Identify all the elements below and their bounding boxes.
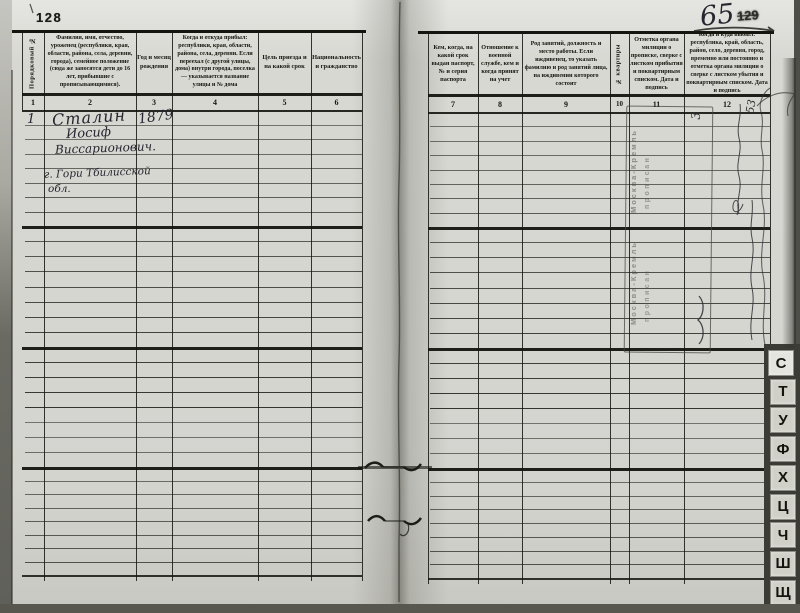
- column-line: [610, 33, 611, 584]
- row-line: [430, 378, 770, 379]
- column-header-occupation: Род занятий, должность и место работы. Е…: [522, 36, 610, 92]
- column-number: 3: [136, 96, 172, 108]
- column-line: [44, 32, 45, 581]
- row-line: [430, 537, 770, 538]
- kremlin-stamp-registered-line: прописан: [644, 227, 651, 322]
- entry-row-number: 1: [27, 112, 35, 127]
- block-divider: [428, 468, 770, 471]
- column-line: [362, 32, 363, 581]
- kremlin-stamp-registered-line: прописан: [644, 119, 651, 209]
- book-bottom-edge: [0, 604, 800, 613]
- index-tab-Ц: Ц: [770, 494, 796, 520]
- column-number: 8: [478, 98, 522, 110]
- row-line: [430, 363, 770, 364]
- column-header-militia-registration-mark: Отметка органа милиции о прописке, сверк…: [629, 36, 684, 92]
- column-number: 1: [22, 96, 44, 108]
- row-line: [430, 257, 770, 258]
- right-page-number-handwritten: 65: [698, 0, 735, 33]
- block-divider: [428, 227, 770, 230]
- row-line: [430, 288, 770, 289]
- column-header-passport: Кем, когда, на какой срок выдан паспорт,…: [428, 36, 478, 92]
- page-stack-edge: [782, 58, 796, 348]
- margin-note-number: 3: [689, 112, 703, 120]
- row-line: [430, 272, 770, 273]
- index-tab-Ф: Ф: [770, 436, 796, 462]
- scanned-register-spread: 128 65 129 Порядковый № Фамилия, имя, от…: [0, 0, 800, 613]
- row-line: [430, 242, 770, 243]
- column-header-purpose: Цель приезда и на какой срок: [258, 34, 311, 91]
- entry-birthplace-line2: обл.: [48, 183, 71, 195]
- row-line: [430, 155, 770, 156]
- column-header-birth-date: Год и месяц рождения: [136, 34, 172, 91]
- row-line: [430, 303, 770, 304]
- index-tab-Ш: Ш: [770, 551, 796, 577]
- row-line: [430, 393, 770, 394]
- kremlin-stamp-city-line: Москва-Кремль: [629, 113, 638, 213]
- column-line: [478, 33, 479, 584]
- row-line: [430, 170, 770, 171]
- right-page-number-stamp-struck: 129: [737, 7, 760, 23]
- left-page-number-stamp: 128: [36, 10, 62, 25]
- block-divider: [428, 348, 770, 351]
- column-header-military-service: Отношение к военной службе, кем и когда …: [478, 36, 522, 92]
- column-header-serial-number: Порядковый №: [22, 34, 44, 91]
- column-header-arrival: Когда и откуда прибыл: республики, края,…: [172, 34, 258, 91]
- number-row-border: [428, 112, 770, 114]
- table-top-border: [12, 30, 366, 33]
- column-line: [522, 33, 523, 584]
- row-line: [430, 496, 770, 497]
- index-tab-Щ: Щ: [770, 580, 796, 606]
- column-number: 4: [172, 96, 258, 108]
- row-line: [430, 213, 770, 214]
- index-tab-Ч: Ч: [770, 522, 796, 548]
- column-line: [258, 32, 259, 581]
- column-header-name: Фамилия, имя, отчество, уроженец (респуб…: [45, 34, 135, 91]
- column-header-nationality: Национальность и гражданство: [311, 34, 362, 91]
- row-line: [430, 564, 770, 565]
- row-line: [430, 453, 770, 454]
- row-line: [430, 141, 770, 142]
- column-header-departure: Когда и куда выбыл: республика, край, об…: [684, 36, 770, 92]
- row-line: [430, 318, 770, 319]
- row-line: [430, 126, 770, 127]
- row-line: [430, 184, 770, 185]
- column-number: 5: [258, 96, 311, 108]
- table-bottom-border: [428, 578, 770, 580]
- block-divider-gutter: [358, 466, 432, 469]
- index-tab-Х: Х: [770, 465, 796, 491]
- row-line: [430, 551, 770, 552]
- column-number: 7: [428, 98, 478, 110]
- column-number: 9: [522, 98, 610, 110]
- column-header-apartment-number: № квартиры: [610, 36, 629, 92]
- index-tab-Т: Т: [770, 379, 796, 405]
- index-tab-С: С: [768, 350, 794, 376]
- row-line: [430, 523, 770, 524]
- row-line: [430, 509, 770, 510]
- row-line: [430, 423, 770, 424]
- kremlin-stamp-city-line: Москва-Кремль: [629, 220, 638, 325]
- row-line: [430, 482, 770, 483]
- page-edge-line: [11, 70, 13, 605]
- row-line: [430, 333, 770, 334]
- index-tab-У: У: [770, 407, 796, 433]
- row-line: [430, 438, 770, 439]
- entry-first-name: Иосиф: [66, 125, 112, 142]
- column-line: [311, 32, 312, 581]
- margin-note-fragment: 53: [743, 98, 758, 114]
- column-line: [428, 33, 429, 584]
- row-line: [430, 408, 770, 409]
- column-number: 6: [311, 96, 362, 108]
- row-line: [430, 198, 770, 199]
